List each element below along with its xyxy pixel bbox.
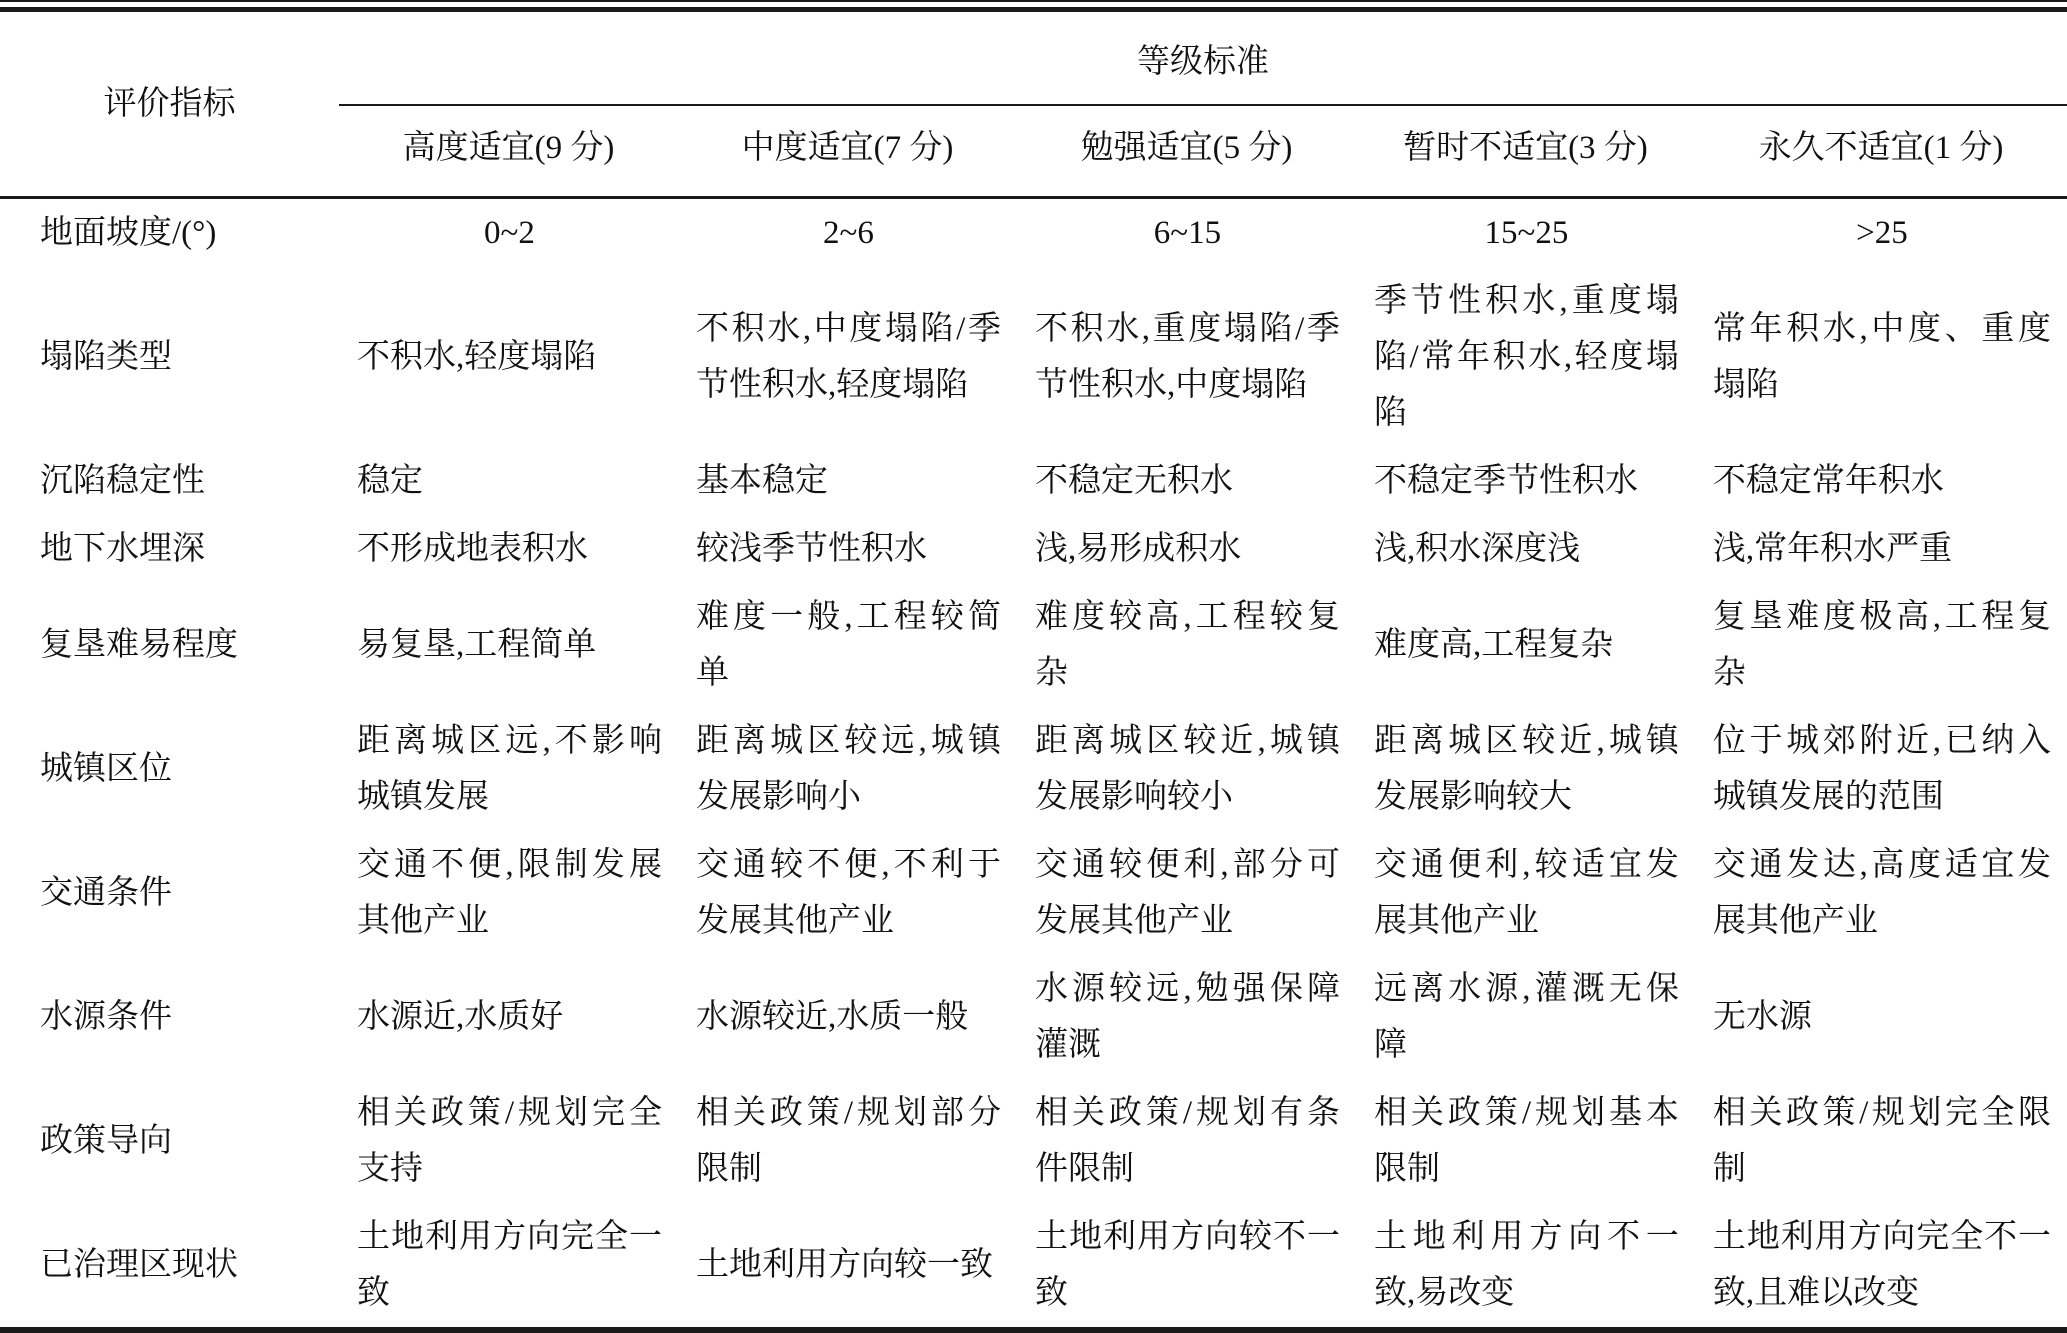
cell-marginally-suitable: 交通较便利,部分可发展其他产业 [1017,831,1356,955]
cell-moderately-suitable: 较浅季节性积水 [678,515,1017,583]
row-label: 塌陷类型 [0,267,339,447]
cell-highly-suitable: 不积水,轻度塌陷 [339,267,678,447]
cell-permanently-unsuitable: 复垦难度极高,工程复杂 [1695,583,2067,707]
cell-marginally-suitable: 距离城区较近,城镇发展影响较小 [1017,707,1356,831]
table-row: 政策导向 相关政策/规划完全支持 相关政策/规划部分限制 相关政策/规划有条件限… [0,1079,2067,1203]
table-wrapper: 评价指标 等级标准 高度适宜(9 分) 中度适宜(7 分) 勉强适宜(5 分) … [0,0,2067,1333]
cell-temporarily-unsuitable: 相关政策/规划基本限制 [1356,1079,1695,1203]
row-label: 城镇区位 [0,707,339,831]
cell-marginally-suitable: 浅,易形成积水 [1017,515,1356,583]
cell-moderately-suitable: 相关政策/规划部分限制 [678,1079,1017,1203]
cell-permanently-unsuitable: 相关政策/规划完全限制 [1695,1079,2067,1203]
table-row: 城镇区位 距离城区远,不影响城镇发展 距离城区较远,城镇发展影响小 距离城区较近… [0,707,2067,831]
table-row: 复垦难易程度 易复垦,工程简单 难度一般,工程较简单 难度较高,工程较复杂 难度… [0,583,2067,707]
column-header-permanently-unsuitable: 永久不适宜(1 分) [1695,105,2067,198]
cell-temporarily-unsuitable: 土地利用方向不一致,易改变 [1356,1203,1695,1330]
cell-temporarily-unsuitable: 交通便利,较适宜发展其他产业 [1356,831,1695,955]
cell-temporarily-unsuitable: 难度高,工程复杂 [1356,583,1695,707]
row-label: 政策导向 [0,1079,339,1203]
cell-temporarily-unsuitable: 远离水源,灌溉无保障 [1356,955,1695,1079]
cell-highly-suitable: 交通不便,限制发展其他产业 [339,831,678,955]
table-row: 水源条件 水源近,水质好 水源较近,水质一般 水源较远,勉强保障灌溉 远离水源,… [0,955,2067,1079]
cell-temporarily-unsuitable: 季节性积水,重度塌陷/常年积水,轻度塌陷 [1356,267,1695,447]
row-label: 水源条件 [0,955,339,1079]
column-header-moderately-suitable: 中度适宜(7 分) [678,105,1017,198]
cell-marginally-suitable: 土地利用方向较不一致 [1017,1203,1356,1330]
cell-moderately-suitable: 基本稳定 [678,447,1017,515]
column-header-temporarily-unsuitable: 暂时不适宜(3 分) [1356,105,1695,198]
cell-temporarily-unsuitable: 15~25 [1356,198,1695,268]
table-row: 地面坡度/(°) 0~2 2~6 6~15 15~25 >25 [0,198,2067,268]
cell-marginally-suitable: 6~15 [1017,198,1356,268]
cell-moderately-suitable: 水源较近,水质一般 [678,955,1017,1079]
row-label: 沉陷稳定性 [0,447,339,515]
cell-highly-suitable: 距离城区远,不影响城镇发展 [339,707,678,831]
cell-moderately-suitable: 2~6 [678,198,1017,268]
group-header-row: 评价指标 等级标准 [0,10,2067,106]
row-label: 地下水埋深 [0,515,339,583]
table-row: 交通条件 交通不便,限制发展其他产业 交通较不便,不利于发展其他产业 交通较便利… [0,831,2067,955]
cell-marginally-suitable: 难度较高,工程较复杂 [1017,583,1356,707]
cell-temporarily-unsuitable: 距离城区较近,城镇发展影响较大 [1356,707,1695,831]
cell-permanently-unsuitable: 不稳定常年积水 [1695,447,2067,515]
row-label: 已治理区现状 [0,1203,339,1330]
cell-highly-suitable: 水源近,水质好 [339,955,678,1079]
cell-moderately-suitable: 难度一般,工程较简单 [678,583,1017,707]
cell-marginally-suitable: 相关政策/规划有条件限制 [1017,1079,1356,1203]
cell-permanently-unsuitable: 交通发达,高度适宜发展其他产业 [1695,831,2067,955]
column-header-highly-suitable: 高度适宜(9 分) [339,105,678,198]
cell-permanently-unsuitable: 无水源 [1695,955,2067,1079]
cell-highly-suitable: 易复垦,工程简单 [339,583,678,707]
cell-temporarily-unsuitable: 浅,积水深度浅 [1356,515,1695,583]
cell-highly-suitable: 稳定 [339,447,678,515]
cell-marginally-suitable: 不稳定无积水 [1017,447,1356,515]
cell-highly-suitable: 相关政策/规划完全支持 [339,1079,678,1203]
cell-permanently-unsuitable: 浅,常年积水严重 [1695,515,2067,583]
cell-moderately-suitable: 土地利用方向较一致 [678,1203,1017,1330]
cell-moderately-suitable: 不积水,中度塌陷/季节性积水,轻度塌陷 [678,267,1017,447]
group-header: 等级标准 [339,10,2067,106]
cell-permanently-unsuitable: 位于城郊附近,已纳入城镇发展的范围 [1695,707,2067,831]
row-label: 交通条件 [0,831,339,955]
column-header-marginally-suitable: 勉强适宜(5 分) [1017,105,1356,198]
cell-permanently-unsuitable: 常年积水,中度、重度塌陷 [1695,267,2067,447]
cell-highly-suitable: 0~2 [339,198,678,268]
cell-marginally-suitable: 不积水,重度塌陷/季节性积水,中度塌陷 [1017,267,1356,447]
table-row: 塌陷类型 不积水,轻度塌陷 不积水,中度塌陷/季节性积水,轻度塌陷 不积水,重度… [0,267,2067,447]
cell-moderately-suitable: 交通较不便,不利于发展其他产业 [678,831,1017,955]
cell-permanently-unsuitable: 土地利用方向完全不一致,且难以改变 [1695,1203,2067,1330]
cell-highly-suitable: 土地利用方向完全一致 [339,1203,678,1330]
corner-header: 评价指标 [0,10,339,198]
suitability-grading-table: 评价指标 等级标准 高度适宜(9 分) 中度适宜(7 分) 勉强适宜(5 分) … [0,7,2067,1333]
cell-marginally-suitable: 水源较远,勉强保障灌溉 [1017,955,1356,1079]
cell-permanently-unsuitable: >25 [1695,198,2067,268]
row-label: 地面坡度/(°) [0,198,339,268]
row-label: 复垦难易程度 [0,583,339,707]
cell-temporarily-unsuitable: 不稳定季节性积水 [1356,447,1695,515]
table-row: 已治理区现状 土地利用方向完全一致 土地利用方向较一致 土地利用方向较不一致 土… [0,1203,2067,1330]
cell-highly-suitable: 不形成地表积水 [339,515,678,583]
table-row: 地下水埋深 不形成地表积水 较浅季节性积水 浅,易形成积水 浅,积水深度浅 浅,… [0,515,2067,583]
table-row: 沉陷稳定性 稳定 基本稳定 不稳定无积水 不稳定季节性积水 不稳定常年积水 [0,447,2067,515]
cell-moderately-suitable: 距离城区较远,城镇发展影响小 [678,707,1017,831]
